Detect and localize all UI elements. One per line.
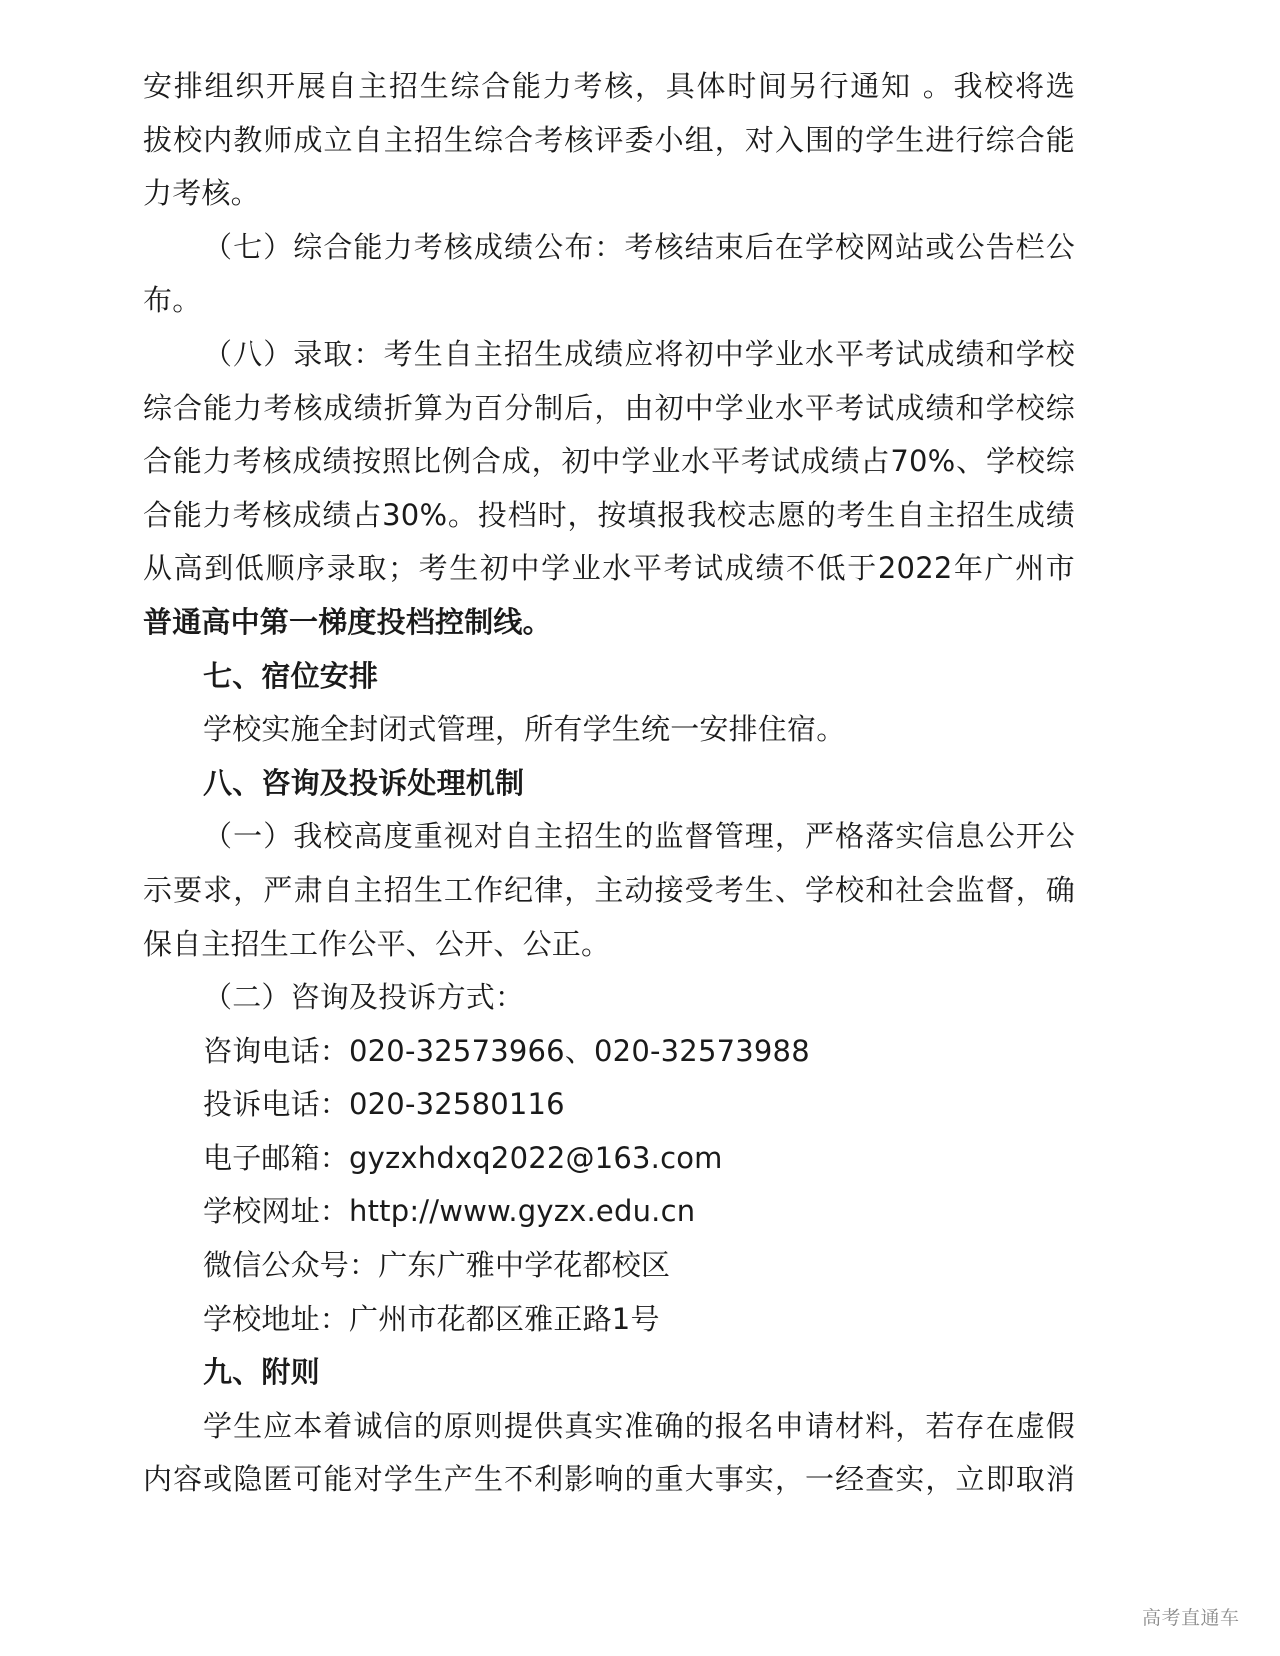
paragraph-line: 示要求，严肃自主招生工作纪律，主动接受考生、学校和社会监督，确 <box>143 864 1075 918</box>
section-heading-accommodation: 七、宿位安排 <box>143 650 1075 704</box>
document-page: 安排组织开展自主招生综合能力考核，具体时间另行通知 。我校将选 拔校内教师成立自… <box>143 60 1075 1507</box>
subsection-heading-contact-methods: （二）咨询及投诉方式： <box>143 971 1075 1025</box>
emphasized-line: 普通高中第一梯度投档控制线。 <box>143 596 1075 650</box>
paragraph-line: 合能力考核成绩占30%。投档时，按填报我校志愿的考生自主招生成绩 <box>143 489 1075 543</box>
paragraph-line: 学校实施全封闭式管理，所有学生统一安排住宿。 <box>143 703 1075 757</box>
website-line: 学校网址：http://www.gyzx.edu.cn <box>143 1185 1075 1239</box>
section-heading-appendix: 九、附则 <box>143 1346 1075 1400</box>
paragraph-line: 保自主招生工作公平、公开、公正。 <box>143 918 1075 972</box>
paragraph-line: 布。 <box>143 274 1075 328</box>
address-line: 学校地址：广州市花都区雅正路1号 <box>143 1293 1075 1347</box>
paragraph-line: （一）我校高度重视对自主招生的监督管理，严格落实信息公开公 <box>143 810 1075 864</box>
consult-phone-line: 咨询电话：020-32573966、020-32573988 <box>143 1025 1075 1079</box>
paragraph-line: 力考核。 <box>143 167 1075 221</box>
email-line: 电子邮箱：gyzxhdxq2022@163.com <box>143 1132 1075 1186</box>
paragraph-line: 安排组织开展自主招生综合能力考核，具体时间另行通知 。我校将选 <box>143 60 1075 114</box>
paragraph-line: 拔校内教师成立自主招生综合考核评委小组，对入围的学生进行综合能 <box>143 114 1075 168</box>
wechat-line: 微信公众号：广东广雅中学花都校区 <box>143 1239 1075 1293</box>
complaint-phone-line: 投诉电话：020-32580116 <box>143 1078 1075 1132</box>
paragraph-line: 从高到低顺序录取；考生初中学业水平考试成绩不低于2022年广州市 <box>143 542 1075 596</box>
paragraph-line: 学生应本着诚信的原则提供真实准确的报名申请材料，若存在虚假 <box>143 1400 1075 1454</box>
watermark-text: 高考直通车 <box>1142 1603 1240 1630</box>
paragraph-line: （八）录取：考生自主招生成绩应将初中学业水平考试成绩和学校 <box>143 328 1075 382</box>
paragraph-line: 合能力考核成绩按照比例合成，初中学业水平考试成绩占70%、学校综 <box>143 435 1075 489</box>
paragraph-line: （七）综合能力考核成绩公布：考核结束后在学校网站或公告栏公 <box>143 221 1075 275</box>
paragraph-line: 综合能力考核成绩折算为百分制后，由初中学业水平考试成绩和学校综 <box>143 382 1075 436</box>
section-heading-consultation: 八、咨询及投诉处理机制 <box>143 757 1075 811</box>
paragraph-line: 内容或隐匿可能对学生产生不利影响的重大事实，一经查实，立即取消 <box>143 1453 1075 1507</box>
